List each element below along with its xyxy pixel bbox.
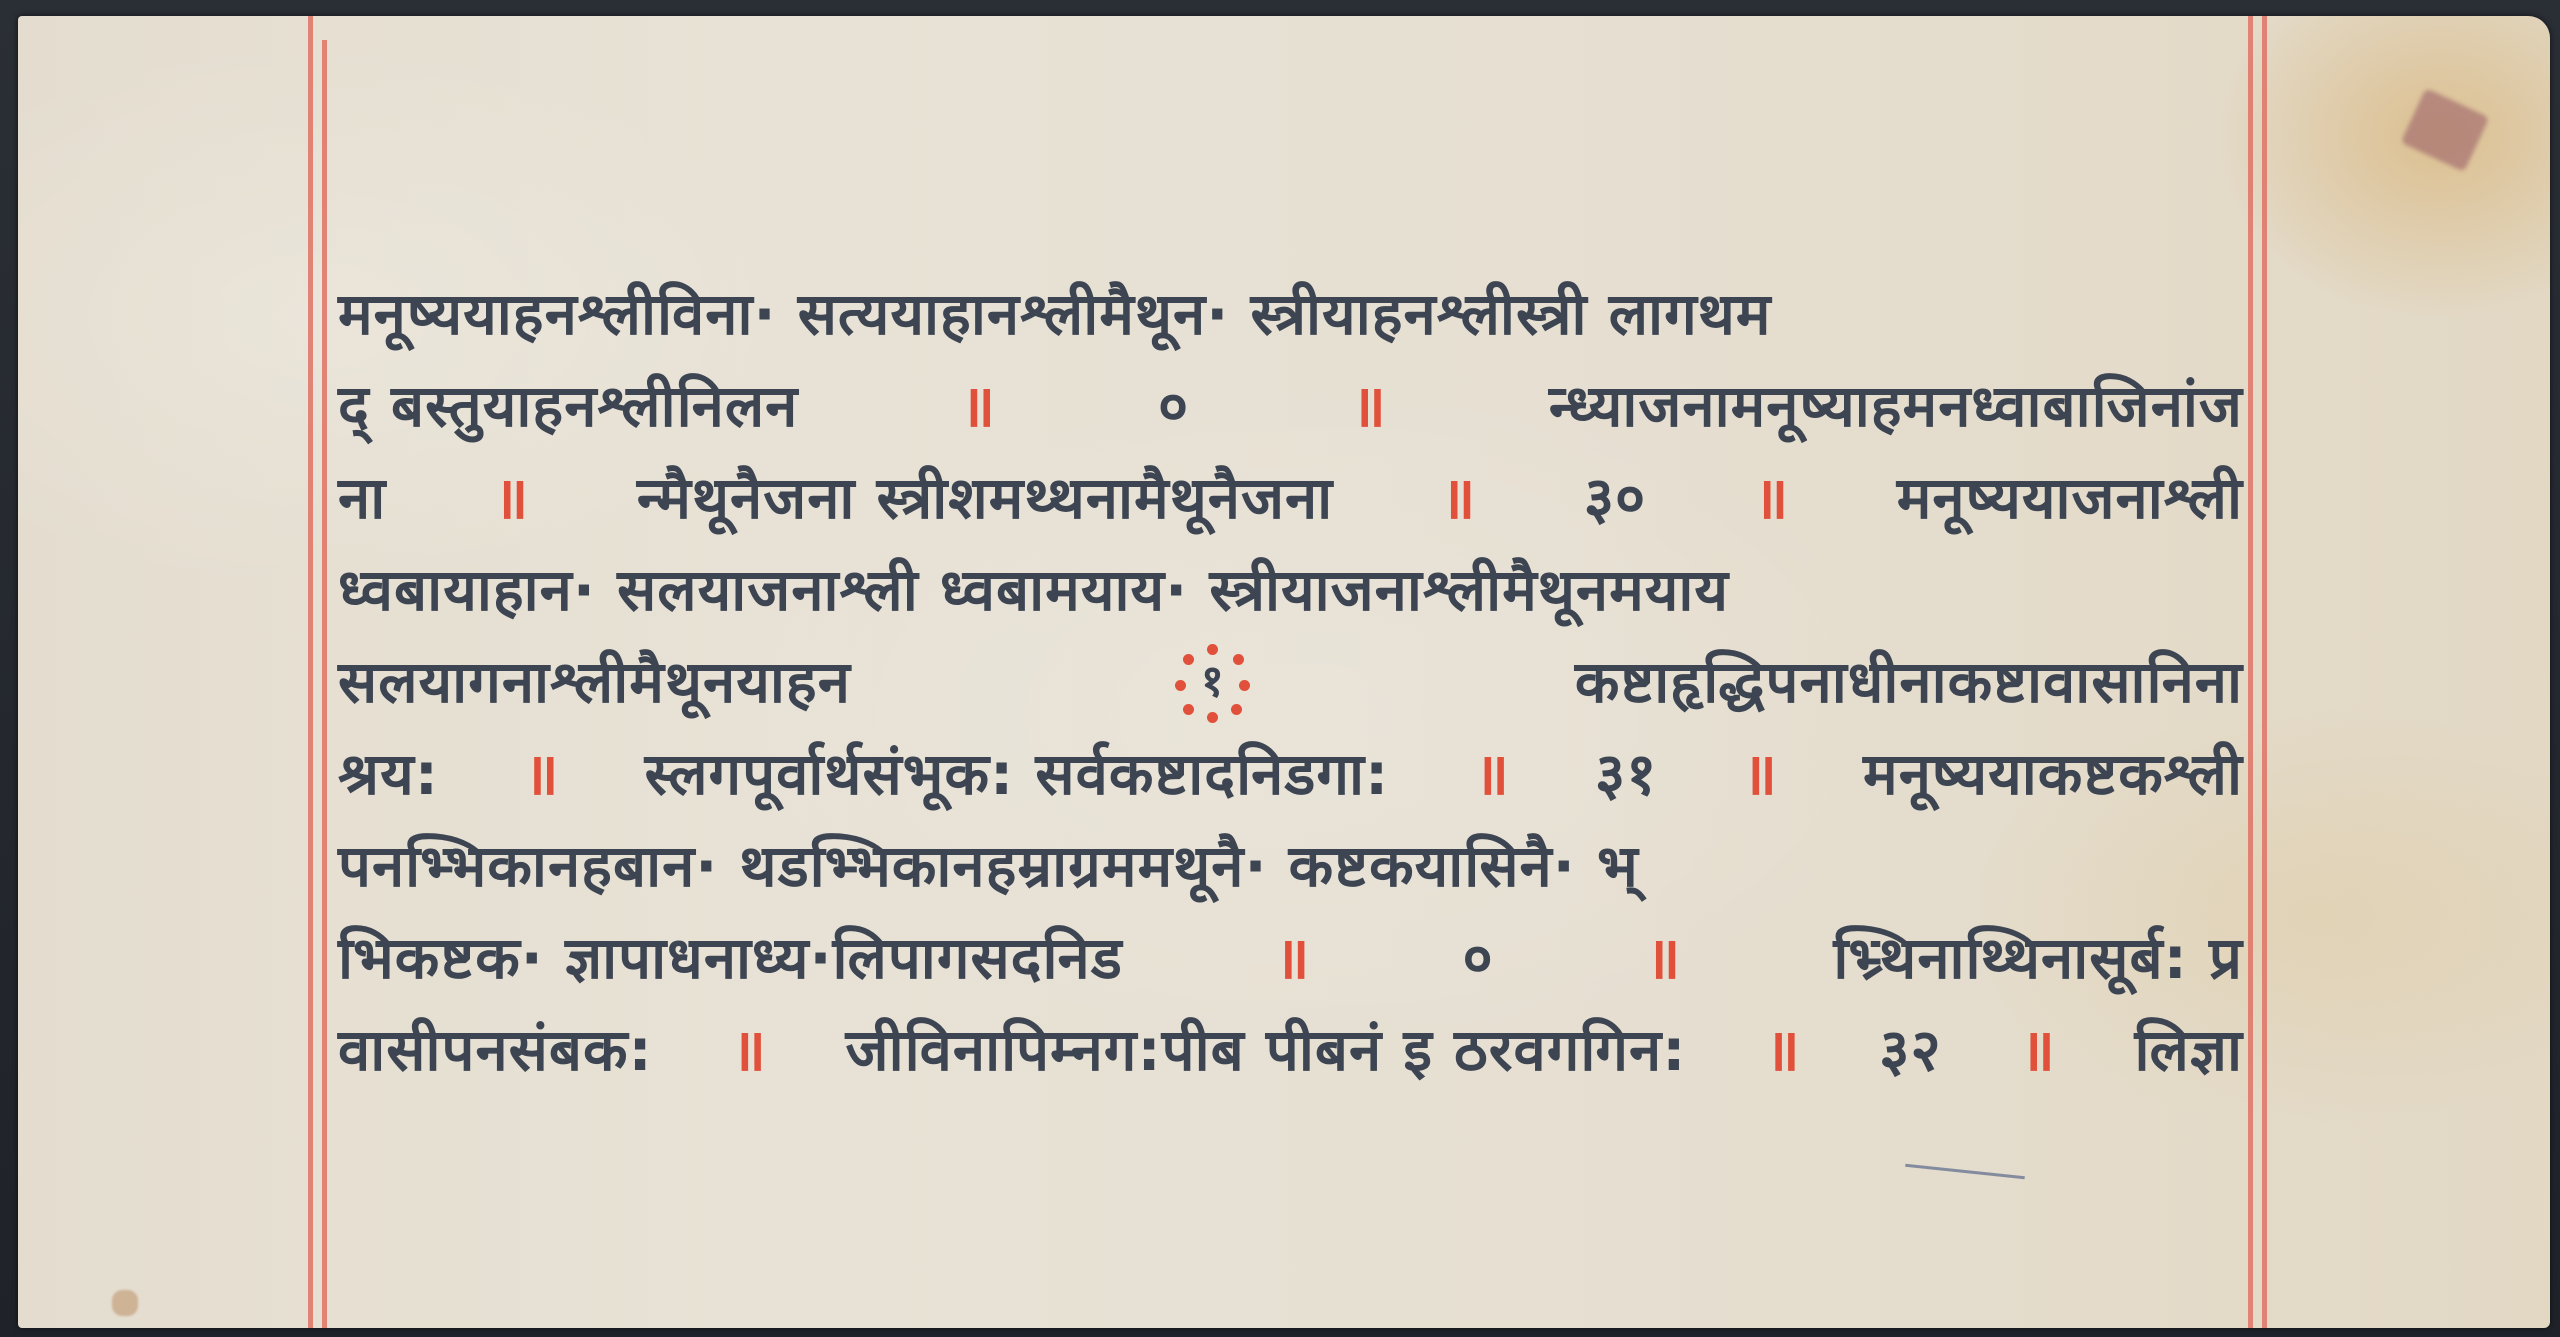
text-segment: पनभ्भिकानहबान· थडभ्भिकानहम्राग्रममथूनै· …: [338, 820, 1639, 912]
double-danda: ॥: [1474, 728, 1510, 820]
text-segment: भ्र्थिनाथ्थिनासूर्ब: प्र: [1833, 912, 2243, 1004]
right-margin-rule-inner: [2248, 16, 2253, 1328]
double-danda: ॥: [1646, 912, 1682, 1004]
manuscript-line-4: ध्वबायाहान· सलयाजनाश्ली ध्वबामयाय· स्त्र…: [338, 544, 2243, 636]
text-segment: न्मैथूनैजना स्त्रीशमथ्थनामैथूनैजना: [637, 452, 1333, 544]
right-margin-rule-outer: [2262, 16, 2267, 1328]
manuscript-line-2: द् बस्तुयाहनश्लीनिलन॥०॥न्ध्याजनामनूष्याह…: [338, 360, 2243, 452]
double-danda: ॥: [1441, 452, 1477, 544]
double-danda: ॥: [494, 452, 530, 544]
left-margin-rule-outer: [308, 16, 313, 1328]
double-danda: ॥: [1275, 912, 1311, 1004]
double-danda: ॥: [1765, 1004, 1801, 1096]
paper-stain: [112, 1290, 138, 1316]
verse-number: ०: [1462, 912, 1493, 1004]
double-danda: ॥: [960, 360, 996, 452]
double-danda: ॥: [731, 1004, 767, 1096]
manuscript-line-5: सलयागनाश्लीमैथूनयाहन१कष्टाहृद्धिपनाधीनाक…: [338, 636, 2243, 728]
text-segment: द् बस्तुयाहनश्लीनिलन: [338, 360, 798, 452]
double-danda: ॥: [1742, 728, 1778, 820]
double-danda: ॥: [524, 728, 560, 820]
manuscript-line-3: ना॥न्मैथूनैजना स्त्रीशमथ्थनामैथूनैजना॥३०…: [338, 452, 2243, 544]
ornament-numeral: १: [1173, 642, 1253, 722]
text-segment: ना: [338, 452, 386, 544]
manuscript-line-9: वासीपनसंबक:॥जीविनापिम्नग:पीब पीबनं इ ठरव…: [338, 1004, 2243, 1096]
text-segment: ध्वबायाहान· सलयाजनाश्ली ध्वबामयाय· स्त्र…: [338, 544, 1729, 636]
manuscript-line-7: पनभ्भिकानहबान· थडभ्भिकानहम्राग्रममथूनै· …: [338, 820, 2243, 912]
text-segment: वासीपनसंबक:: [338, 1004, 653, 1096]
left-margin-rule-inner: [322, 40, 327, 1328]
manuscript-text: मनूष्ययाहनश्लीविना· सत्ययाहानश्लीमैथून· …: [338, 268, 2243, 1096]
double-danda: ॥: [2020, 1004, 2056, 1096]
manuscript-line-8: भिकष्टक· ज्ञापाधनाध्य·लिपागसदनिड॥०॥भ्र्थ…: [338, 912, 2243, 1004]
text-segment: कष्टाहृद्धिपनाधीनाकष्टावासानिना: [1575, 636, 2243, 728]
double-danda: ॥: [1351, 360, 1387, 452]
ornament-mark-icon: १: [1173, 642, 1253, 722]
manuscript-line-6: श्रय:॥स्लगपूर्वार्थसंभूक: सर्वकष्टादनिडग…: [338, 728, 2243, 820]
verse-number: ३१: [1595, 728, 1657, 820]
text-segment: स्लगपूर्वार्थसंभूक: सर्वकष्टादनिडगा:: [645, 728, 1390, 820]
text-segment: सलयागनाश्लीमैथूनयाहन: [338, 636, 851, 728]
text-segment: न्ध्याजनामनूष्याहमनध्वाबाजिनांज: [1549, 360, 2243, 452]
text-segment: मनूष्ययाकष्टकश्ली: [1863, 728, 2243, 820]
manuscript-line-1: मनूष्ययाहनश्लीविना· सत्ययाहानश्लीमैथून· …: [338, 268, 2243, 360]
text-segment: जीविनापिम्नग:पीब पीबनं इ ठरवगगिन:: [846, 1004, 1687, 1096]
text-segment: भिकष्टक· ज्ञापाधनाध्य·लिपागसदनिड: [338, 912, 1123, 1004]
verse-number: ३२: [1879, 1004, 1941, 1096]
text-segment: मनूष्ययाहनश्लीविना· सत्ययाहानश्लीमैथून· …: [338, 268, 1771, 360]
verse-number: ०: [1158, 360, 1189, 452]
text-segment: मनूष्ययाजनाश्ली: [1897, 452, 2243, 544]
text-segment: लिज्ञा: [2134, 1004, 2243, 1096]
double-danda: ॥: [1754, 452, 1790, 544]
verse-number: ३०: [1584, 452, 1646, 544]
text-segment: श्रय:: [338, 728, 439, 820]
